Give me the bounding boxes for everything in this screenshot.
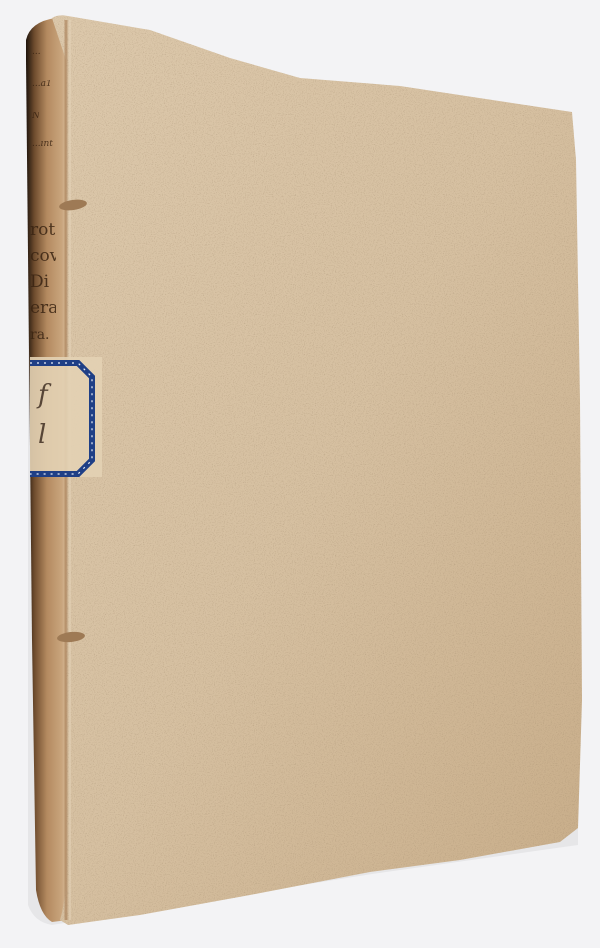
spine-title-line: rot [30, 222, 56, 239]
label-handwriting: f [38, 380, 48, 410]
spine-text-line: ... [32, 48, 56, 57]
spine-title-line: cov [30, 248, 56, 265]
book-photo: ... ...a1 N ...int rot cov Di era ra. f … [0, 0, 600, 948]
spine-text-line: N [32, 112, 56, 121]
label-handwriting: l [38, 420, 46, 450]
book-illustration [0, 0, 600, 948]
spine-title-line: ra. [30, 328, 56, 342]
spine-label [30, 357, 102, 477]
spine-text-line: ...int [32, 140, 56, 149]
paper-texture [52, 15, 582, 925]
spine-text-line: ...a1 [32, 80, 56, 89]
spine-title-line: Di [30, 274, 56, 291]
spine-title-line: era [30, 300, 56, 317]
